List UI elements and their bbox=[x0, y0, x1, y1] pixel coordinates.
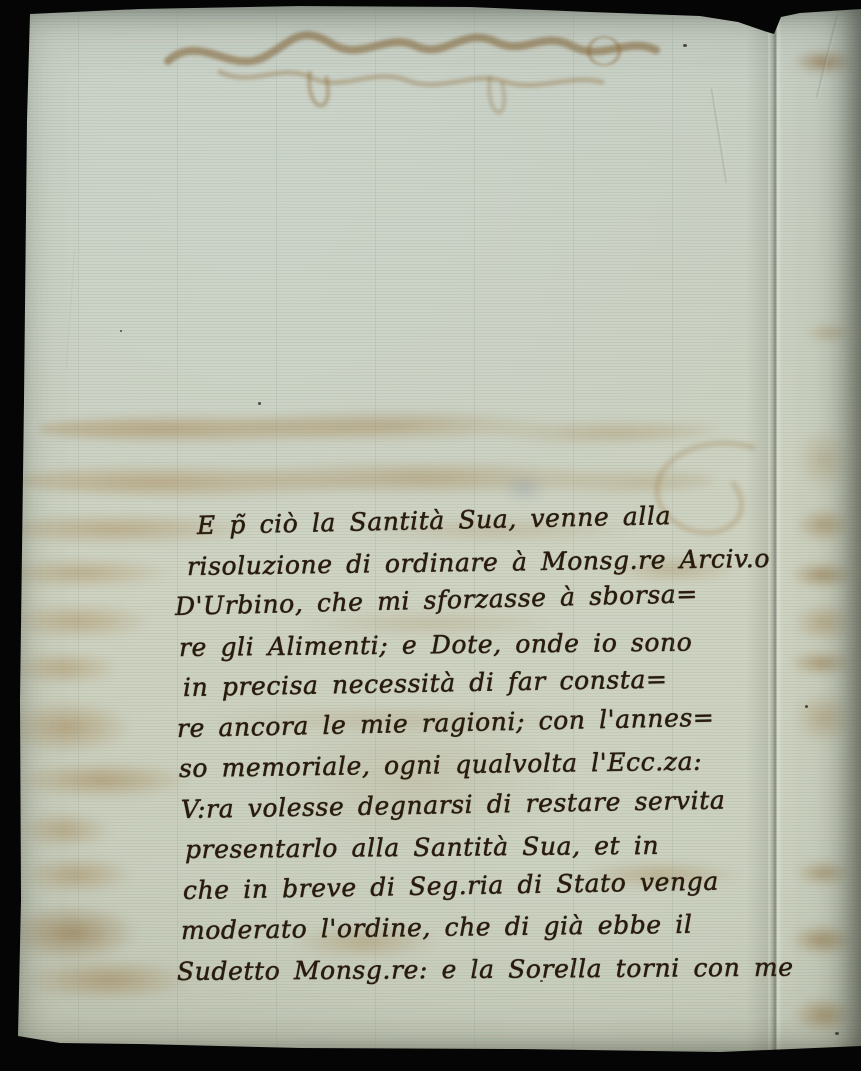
paper-speck bbox=[805, 705, 808, 708]
handwritten-line: risoluzione di ordinare à Monsg.re Arciv… bbox=[187, 538, 804, 587]
bleedthrough-stain bbox=[280, 922, 450, 962]
bleedthrough-stain bbox=[10, 600, 180, 642]
handwritten-line: re gli Alimenti; e Dote, onde io sono bbox=[179, 621, 803, 668]
paper-speck bbox=[683, 44, 687, 47]
bleedthrough-stain bbox=[15, 808, 125, 852]
wrinkle-crease bbox=[66, 250, 76, 370]
bleedthrough-stain bbox=[600, 552, 750, 586]
paper-speck bbox=[120, 330, 122, 332]
letter-body: E p̃ ciò la Santità Sua, venne alla riso… bbox=[183, 506, 803, 992]
ring-stain bbox=[586, 36, 622, 66]
bleedthrough-stain bbox=[784, 648, 858, 678]
paper-sheet: E p̃ ciò la Santità Sua, venne alla riso… bbox=[0, 0, 861, 1071]
verso-flourish-bleedthrough bbox=[160, 16, 670, 136]
bleedthrough-stain bbox=[18, 758, 228, 802]
bleedthrough-stain bbox=[28, 956, 228, 1004]
handwritten-line: re ancora le mie ragioni; con l'annes= bbox=[177, 695, 804, 749]
bleedthrough-stain bbox=[565, 858, 755, 892]
handwritten-line: in precisa necessità di far consta= bbox=[183, 657, 804, 708]
bleedthrough-stain bbox=[8, 695, 158, 759]
bleedthrough-stain bbox=[8, 555, 218, 591]
edge-vignette bbox=[0, 0, 861, 1071]
bleedthrough-stain bbox=[792, 425, 854, 495]
handwritten-line: moderato l'ordine, che di già ebbe il bbox=[181, 903, 803, 951]
bleedthrough-stain bbox=[790, 858, 856, 888]
handwritten-line: che in breve di Seg.ria di Stato venga bbox=[183, 860, 804, 911]
handwritten-line: D'Urbino, che mi sforzasse à sborsa= bbox=[175, 572, 804, 628]
bleedthrough-stain bbox=[790, 505, 856, 545]
wrinkle-crease bbox=[816, 15, 839, 98]
bleedthrough-stain bbox=[38, 410, 718, 448]
bleedthrough-stain bbox=[12, 510, 352, 548]
handwritten-line: presentarlo alla Santità Sua, et in bbox=[185, 825, 803, 871]
bleedthrough-stain bbox=[330, 515, 660, 545]
paper-speck bbox=[540, 980, 543, 982]
bleedthrough-stain bbox=[788, 600, 858, 645]
fold-crease bbox=[768, 0, 782, 1071]
handwritten-line: so memoriale, ogni qualvolta l'Ecc.za: bbox=[179, 740, 804, 789]
bleedthrough-stain bbox=[800, 322, 856, 344]
paper-speck bbox=[258, 402, 261, 405]
bleedthrough-stain bbox=[190, 702, 630, 736]
paper-speck bbox=[835, 1032, 839, 1035]
bleedthrough-stain bbox=[786, 922, 858, 958]
blue-smear-stain bbox=[498, 470, 550, 506]
bleedthrough-stain bbox=[12, 900, 162, 966]
bleedthrough-stain bbox=[788, 995, 858, 1035]
handwritten-line: V:ra volesse degnarsi di restare servita bbox=[181, 779, 804, 830]
handwritten-line: E p̃ ciò la Santità Sua, venne alla bbox=[197, 493, 804, 546]
bleedthrough-stain bbox=[788, 688, 858, 748]
bleedthrough-stain bbox=[12, 648, 142, 688]
paper-toning-patch bbox=[250, 700, 580, 860]
bleedthrough-stain bbox=[786, 560, 858, 590]
bleedthrough-stain bbox=[788, 48, 858, 76]
bleedthrough-stain bbox=[15, 458, 715, 502]
verso-curl-bleedthrough bbox=[620, 430, 770, 550]
manuscript-scan: E p̃ ciò la Santità Sua, venne alla riso… bbox=[0, 0, 861, 1071]
bleedthrough-stain bbox=[18, 852, 148, 898]
wrinkle-crease bbox=[711, 88, 729, 182]
fold-shadow bbox=[746, 0, 768, 1071]
bleedthrough-stain bbox=[280, 608, 580, 638]
handwritten-line: Sudetto Monsg.re: e la Sorella torni con… bbox=[177, 947, 803, 992]
